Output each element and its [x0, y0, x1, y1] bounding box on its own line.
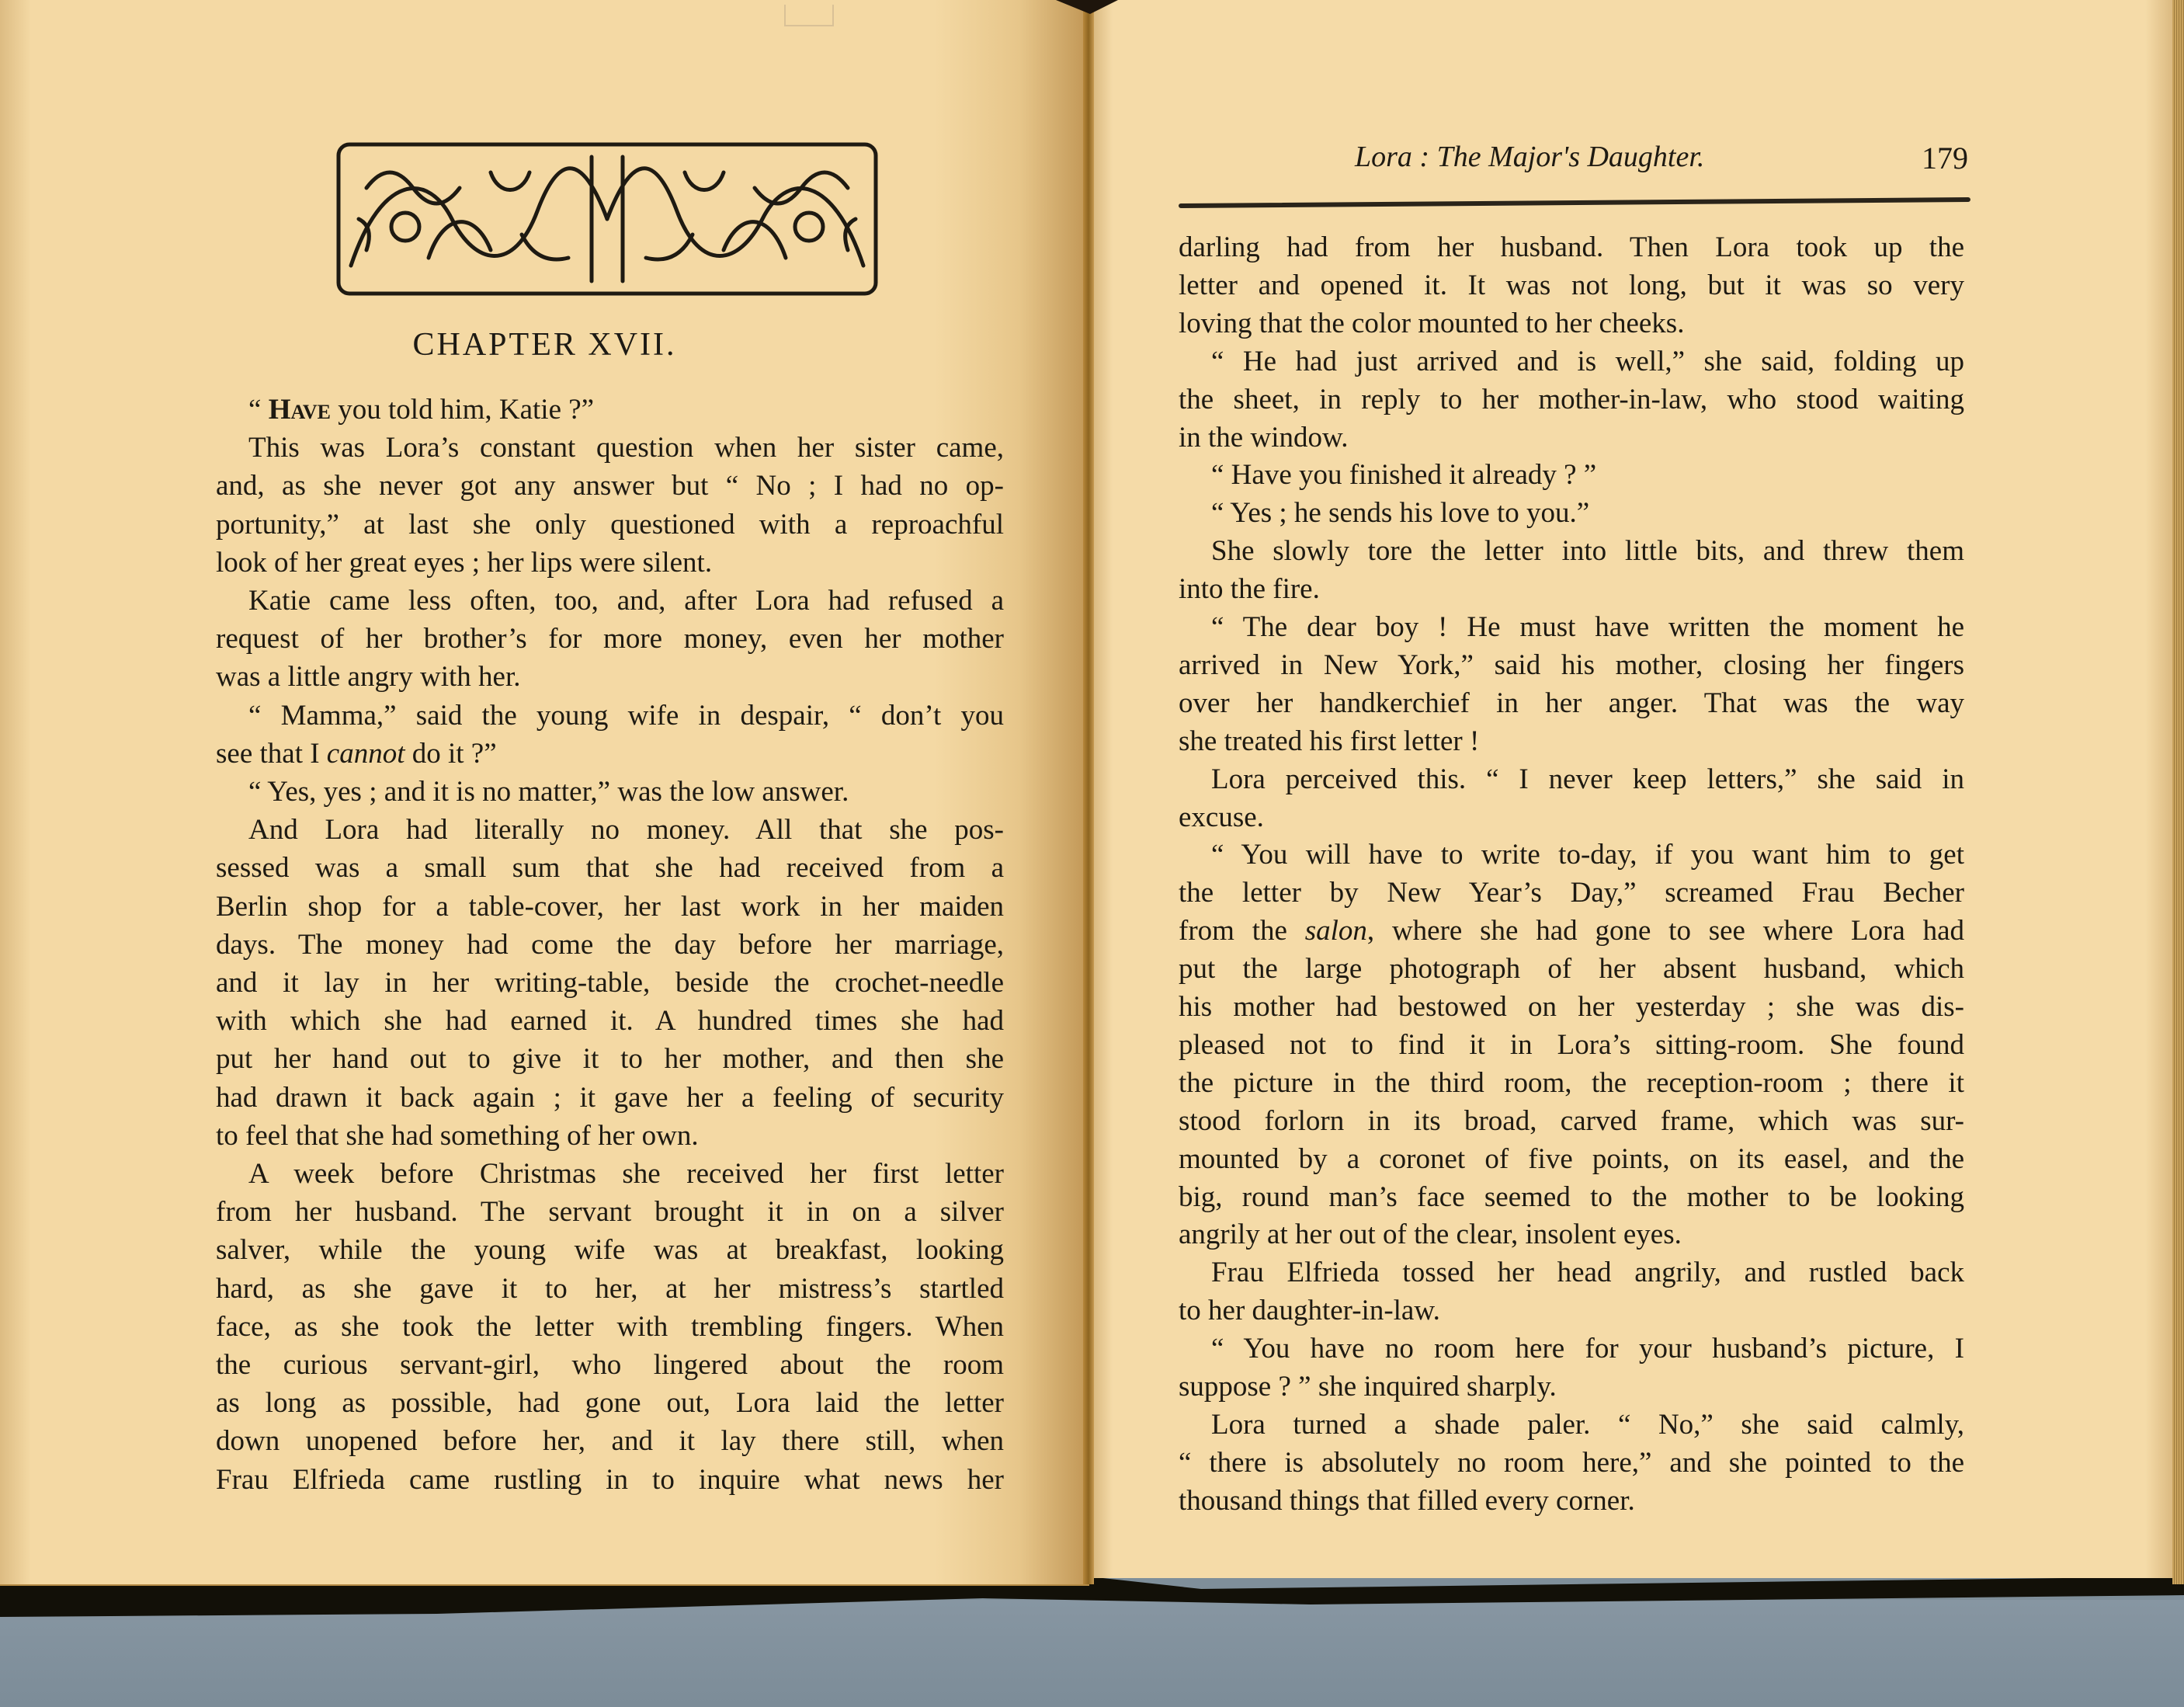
- text-line: look of her great eyes ; her lips were s…: [216, 545, 1004, 581]
- text-line: with which she had earned it. A hundred …: [216, 1003, 1004, 1039]
- text-line: excuse.: [1179, 800, 1964, 836]
- running-head: Lora : The Major's Daughter.: [1355, 140, 1704, 174]
- text-line: Lora perceived this. “ I never keep lett…: [1179, 762, 1964, 798]
- text-line: portunity,” at last she only questioned …: [216, 507, 1004, 543]
- text-line: “ there is absolutely no room here,” and…: [1179, 1445, 1964, 1481]
- text-line: see that I cannot do it ?”: [216, 736, 1004, 772]
- text-line: big, round man’s face seemed to the moth…: [1179, 1180, 1964, 1215]
- text-line: in the window.: [1179, 420, 1964, 456]
- text-line: to her daughter-in-law.: [1179, 1293, 1964, 1329]
- text-line: “ The dear boy ! He must have written th…: [1179, 610, 1964, 645]
- text-line: “ You will have to write to-day, if you …: [1179, 837, 1964, 873]
- text-line: pleased not to find it in Lora’s sitting…: [1179, 1027, 1964, 1063]
- text-line: Frau Elfrieda came rustling in to inquir…: [216, 1462, 1004, 1498]
- text-line: suppose ? ” she inquired sharply.: [1179, 1369, 1964, 1405]
- text-line: Berlin shop for a table-cover, her last …: [216, 889, 1004, 925]
- text-line: she treated his first letter !: [1179, 724, 1964, 760]
- paper-tab-mark: [784, 5, 834, 26]
- text-line: stood forlorn in its broad, carved frame…: [1179, 1104, 1964, 1139]
- text-line: She slowly tore the letter into little b…: [1179, 534, 1964, 569]
- decorative-headpiece-ornament-icon: [335, 141, 879, 297]
- text-line: mounted by a coronet of five points, on …: [1179, 1142, 1964, 1177]
- text-line: angrily at her out of the clear, insolen…: [1179, 1217, 1964, 1253]
- text-line: was a little angry with her.: [216, 659, 1004, 695]
- scan-background: [0, 1600, 2184, 1707]
- text-line: and, as she never got any answer but “ N…: [216, 468, 1004, 504]
- text-line: sessed was a small sum that she had rece…: [216, 850, 1004, 886]
- text-line: put the large photograph of her absent h…: [1179, 951, 1964, 987]
- text-line: “ Mamma,” said the young wife in despair…: [216, 698, 1004, 734]
- text-line: “ Have you finished it already ? ”: [1179, 457, 1964, 493]
- text-line: A week before Christmas she received her…: [216, 1156, 1004, 1192]
- text-line: Katie came less often, too, and, after L…: [216, 583, 1004, 619]
- text-line: letter and opened it. It was not long, b…: [1179, 268, 1964, 304]
- text-line: “ Have you told him, Katie ?”: [216, 392, 1004, 428]
- text-line: down unopened before her, and it lay the…: [216, 1424, 1004, 1459]
- text-line: put her hand out to give it to her mothe…: [216, 1041, 1004, 1077]
- text-line: the curious servant-girl, who lingered a…: [216, 1347, 1004, 1383]
- text-line: as long as possible, had gone out, Lora …: [216, 1385, 1004, 1421]
- text-line: hard, as she gave it to her, at her mist…: [216, 1271, 1004, 1307]
- text-line: and it lay in her writing-table, beside …: [216, 965, 1004, 1001]
- text-line: into the fire.: [1179, 572, 1964, 607]
- book-gutter: [1083, 0, 1094, 1584]
- chapter-title: CHAPTER XVII.: [0, 326, 1089, 363]
- page-number: 179: [1922, 140, 1968, 176]
- text-line: “ Yes ; he sends his love to you.”: [1179, 495, 1964, 531]
- text-line: his mother had bestowed on her yesterday…: [1179, 989, 1964, 1025]
- text-line: thousand things that filled every corner…: [1179, 1483, 1964, 1519]
- text-line: arrived in New York,” said his mother, c…: [1179, 648, 1964, 683]
- text-line: the sheet, in reply to her mother-in-law…: [1179, 382, 1964, 418]
- text-line: the letter by New Year’s Day,” screamed …: [1179, 875, 1964, 911]
- text-line: the picture in the third room, the recep…: [1179, 1066, 1964, 1101]
- text-line: from her husband. The servant brought it…: [216, 1194, 1004, 1230]
- text-line: This was Lora’s constant question when h…: [216, 430, 1004, 466]
- text-line: “ You have no room here for your husband…: [1179, 1331, 1964, 1367]
- page-edges: [2172, 0, 2184, 1584]
- text-line: to feel that she had something of her ow…: [216, 1118, 1004, 1154]
- text-line: over her handkerchief in her anger. That…: [1179, 686, 1964, 721]
- text-line: darling had from her husband. Then Lora …: [1179, 230, 1964, 266]
- text-line: face, as she took the letter with trembl…: [216, 1309, 1004, 1345]
- text-line: Lora turned a shade paler. “ No,” she sa…: [1179, 1407, 1964, 1443]
- text-line: from the salon, where she had gone to se…: [1179, 913, 1964, 949]
- text-line: request of her brother’s for more money,…: [216, 621, 1004, 657]
- text-line: “ He had just arrived and is well,” she …: [1179, 344, 1964, 380]
- text-line: Frau Elfrieda tossed her head angrily, a…: [1179, 1255, 1964, 1291]
- text-line: salver, while the young wife was at brea…: [216, 1232, 1004, 1268]
- text-line: loving that the color mounted to her che…: [1179, 306, 1964, 342]
- text-line: days. The money had come the day before …: [216, 927, 1004, 963]
- text-line: “ Yes, yes ; and it is no matter,” was t…: [216, 774, 1004, 810]
- text-line: had drawn it back again ; it gave her a …: [216, 1080, 1004, 1116]
- text-line: And Lora had literally no money. All tha…: [216, 812, 1004, 848]
